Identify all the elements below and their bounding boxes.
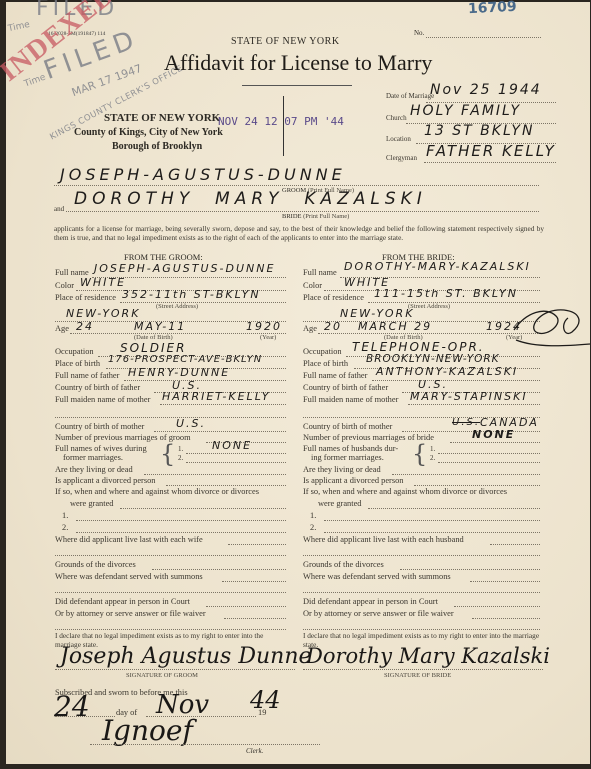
bride-grounds-label: Grounds of the divorces: [303, 560, 384, 569]
groom-birthplace-label: Place of birth: [55, 359, 100, 368]
groom-item-2: 2.: [62, 523, 68, 532]
groom-live-last-line: [228, 544, 286, 545]
bride-signature-line: [303, 669, 543, 670]
groom-live-last-label: Where did applicant live last with each …: [55, 535, 203, 544]
scribble-mark: [506, 302, 590, 352]
no-label: No.: [414, 29, 424, 37]
affidavit-document: FILED Time 16-2028-5M(191847) 114 FILED …: [6, 2, 590, 764]
bride-divorced-line: [414, 485, 540, 486]
bride-spouse-2-num: 2.: [430, 454, 435, 462]
groom-item-1-line: [76, 520, 286, 521]
bride-item-2: 2.: [310, 523, 316, 532]
bride-attorney-label: Or by attorney or serve answer or file w…: [303, 609, 454, 618]
bride-signature-caption: SIGNATURE OF BRIDE: [384, 672, 451, 679]
groom-mother-country: U.S.: [176, 417, 206, 430]
groom-attorney-line-2: [55, 629, 286, 630]
groom-age: 24: [76, 320, 94, 333]
groom-birth-year: 1920: [246, 320, 282, 333]
groom-spouse-1-num: 1.: [178, 445, 183, 453]
bride-mother: MARY-STAPINSKI: [410, 390, 528, 403]
groom-living-line: [144, 474, 286, 475]
bride-divorce-where-label: If so, when and where and against whom d…: [303, 487, 507, 496]
groom-age-line: [70, 333, 286, 334]
groom-occupation: SOLDIER: [120, 341, 186, 355]
bride-dob: MARCH 29: [358, 320, 432, 333]
bride-item-1: 1.: [310, 511, 316, 520]
clergyman-line: [424, 162, 556, 163]
groom-granted-label: were granted: [70, 499, 113, 508]
jurisdiction-county: County of Kings, City of New York: [74, 127, 223, 138]
clerk-label: Clerk.: [246, 747, 263, 755]
bride-mother-country-label: Country of birth of mother: [303, 422, 392, 431]
groom-summons-line-2: [55, 592, 286, 593]
title-rule: [242, 85, 352, 86]
bride-divorced-label: Is applicant a divorced person: [303, 476, 403, 485]
groom-father-label: Full name of father: [55, 371, 119, 380]
bride-city: NEW-YORK: [340, 307, 414, 320]
bride-prev-marriages-line: [450, 442, 540, 443]
groom-grounds-label: Grounds of the divorces: [55, 560, 136, 569]
bride-spouse-1-num: 1.: [430, 445, 435, 453]
groom-name-line: [54, 185, 539, 186]
groom-signature: Joseph Agustus Dunne: [60, 644, 312, 669]
location-label: Location: [386, 135, 411, 143]
bride-item-1-line: [324, 520, 540, 521]
groom-residence-line: [120, 302, 286, 303]
bride-age: 20: [324, 320, 342, 333]
location-value: 13 ST BKLYN: [424, 123, 534, 139]
jurisdiction-borough: Borough of Brooklyn: [112, 141, 202, 152]
groom-divorce-where-label: If so, when and where and against whom d…: [55, 487, 259, 496]
groom-dob: MAY-11: [134, 320, 186, 333]
bride-former-spouses-label-2: ing former marriages.: [311, 453, 384, 462]
bride-full-name-label: Full name: [303, 268, 337, 277]
bride-full-name: DOROTHY-MARY-KAZALSKI: [344, 260, 531, 273]
bride-age-label: Age: [303, 324, 317, 333]
clergyman-value: FATHER KELLY: [426, 142, 556, 160]
bride-live-last-line: [490, 544, 540, 545]
groom-summons-line: [222, 581, 286, 582]
groom-spouse-1-line: [186, 453, 286, 454]
groom-full-name: JOSEPH-AGUSTUS-DUNNE: [94, 262, 275, 275]
groom-spouse-2-line: [186, 462, 286, 463]
bride-summons-line: [470, 581, 540, 582]
groom-attorney-label: Or by attorney or serve answer or file w…: [55, 609, 206, 618]
bride-grounds-line: [400, 569, 540, 570]
bride-birthplace: BROOKLYN-NEW-YORK: [366, 353, 500, 365]
time-label-top: Time: [7, 20, 31, 34]
groom-grounds-line: [152, 569, 286, 570]
bride-spouse-2-line: [438, 462, 540, 463]
preamble: applicants for a license for marriage, b…: [54, 224, 544, 242]
bride-spouse-1-line: [438, 453, 540, 454]
groom-summons-label: Where was defendant served with summons: [55, 572, 203, 581]
bride-print-name: DOROTHY MARY KAZALSKI: [74, 189, 427, 209]
groom-granted-line: [120, 508, 286, 509]
bride-granted-line: [368, 508, 540, 509]
bride-caption-text: BRIDE: [282, 213, 302, 220]
groom-mother: HARRIET-KELLY: [162, 390, 270, 403]
bride-attorney-line-2: [303, 629, 540, 630]
groom-item-1: 1.: [62, 511, 68, 520]
groom-mother-country-label: Country of birth of mother: [55, 422, 144, 431]
bride-caption: BRIDE (Print Full Name): [282, 213, 349, 220]
groom-color-label: Color: [55, 281, 74, 290]
church-value: HOLY FAMILY: [410, 103, 521, 119]
bride-occupation-label: Occupation: [303, 347, 342, 356]
vertical-rule: [283, 96, 284, 156]
bride-father-line: [372, 380, 540, 381]
groom-father-country-label: Country of birth of father: [55, 383, 140, 392]
bride-mother-country-line: [402, 431, 540, 432]
groom-live-last-line-2: [55, 555, 286, 556]
church-label: Church: [386, 114, 407, 122]
bride-attorney-line: [472, 618, 540, 619]
jurat-year: 44: [250, 686, 281, 714]
groom-attorney-line: [224, 618, 286, 619]
bride-appear-line: [454, 606, 540, 607]
bride-father-label: Full name of father: [303, 371, 367, 380]
brace-icon: {: [160, 440, 175, 468]
groom-print-name: JOSEPH-AGUSTUS-DUNNE: [60, 165, 346, 184]
clerk-line: [90, 744, 320, 745]
bride-residence-label: Place of residence: [303, 293, 364, 302]
groom-street-caption: (Street Address): [156, 303, 198, 310]
groom-dob-caption: (Date of Birth): [134, 334, 173, 341]
bride-item-2-line: [324, 532, 540, 533]
received-stamp: NOV 24 12 07 PM '44: [218, 115, 344, 128]
groom-father: HENRY-DUNNE: [128, 366, 230, 379]
groom-mother-line-2: [55, 417, 286, 418]
groom-signature-line: [55, 669, 295, 670]
bride-summons-line-2: [303, 592, 540, 593]
groom-age-label: Age: [55, 324, 69, 333]
print-caption-bride: (Print Full Name): [303, 213, 349, 220]
groom-former-spouses-label-2: former marriages.: [63, 453, 123, 462]
bride-living-line: [392, 474, 540, 475]
no-field: [426, 37, 541, 38]
groom-living-dead-label: Are they living or dead: [55, 465, 133, 474]
groom-residence: 352-11th ST-BKLYN: [122, 288, 261, 301]
bride-mother-line: [408, 404, 540, 405]
brace-icon-bride: {: [412, 440, 427, 468]
groom-appear-label: Did defendant appear in person in Court: [55, 597, 190, 606]
bride-name-line: [66, 211, 539, 212]
bride-appear-label: Did defendant appear in person in Court: [303, 597, 438, 606]
bride-signature: Dorothy Mary Kazalski: [306, 644, 550, 668]
groom-mother-label: Full maiden name of mother: [55, 395, 150, 404]
bride-mother-country-struck: U.S.: [452, 417, 480, 428]
jurisdiction-state: STATE OF NEW YORK: [104, 112, 220, 124]
groom-divorced-line: [166, 485, 286, 486]
bride-live-last-line-2: [303, 555, 540, 556]
bride-summons-label: Where was defendant served with summons: [303, 572, 451, 581]
bride-father-country-label: Country of birth of father: [303, 383, 388, 392]
groom-mother-line: [160, 404, 286, 405]
groom-birthplace: 176-PROSPECT-AVE-BKLYN: [108, 354, 262, 365]
jurat-day: 24: [54, 690, 90, 723]
state-header: STATE OF NEW YORK: [231, 36, 340, 47]
bride-living-dead-label: Are they living or dead: [303, 465, 381, 474]
groom-occupation-label: Occupation: [55, 347, 94, 356]
groom-signature-caption: SIGNATURE OF GROOM: [126, 672, 198, 679]
bride-occupation: TELEPHONE-OPR.: [352, 340, 485, 354]
date-of-marriage-label: Date of Marriage: [386, 92, 434, 100]
bride-former-spouses-label: Full names of husbands dur-: [303, 444, 398, 453]
groom-color: WHITE: [80, 276, 126, 289]
groom-spouse-1: NONE: [212, 439, 252, 452]
groom-residence-label: Place of residence: [55, 293, 116, 302]
bride-live-last-label: Where did applicant live last with each …: [303, 535, 464, 544]
bride-color-label: Color: [303, 281, 322, 290]
groom-city: NEW-YORK: [66, 307, 140, 320]
groom-mother-country-line: [154, 431, 286, 432]
groom-spouse-2-num: 2.: [178, 454, 183, 462]
bride-residence: 111-15th ST. BKLYN: [374, 287, 518, 300]
page-title: Affidavit for License to Marry: [164, 50, 432, 76]
groom-year-caption: (Year): [260, 334, 276, 341]
bride-prev-marriages: NONE: [472, 428, 515, 441]
bride-mother-label: Full maiden name of mother: [303, 395, 398, 404]
groom-heading: FROM THE GROOM:: [124, 252, 203, 262]
bride-granted-label: were granted: [318, 499, 361, 508]
groom-item-2-line: [76, 532, 286, 533]
groom-appear-line: [206, 606, 286, 607]
and-label: and: [54, 205, 64, 213]
clergyman-label: Clergyman: [386, 154, 417, 162]
groom-father-line: [124, 380, 286, 381]
groom-divorced-label: Is applicant a divorced person: [55, 476, 155, 485]
serial-number: 16709: [468, 0, 517, 17]
groom-former-spouses-label: Full names of wives during: [55, 444, 147, 453]
bride-father: ANTHONY-KAZALSKI: [376, 365, 518, 378]
bride-birthplace-label: Place of birth: [303, 359, 348, 368]
clerk-signature: Ignoef: [102, 714, 193, 747]
date-of-marriage-value: Nov 25 1944: [430, 82, 542, 98]
